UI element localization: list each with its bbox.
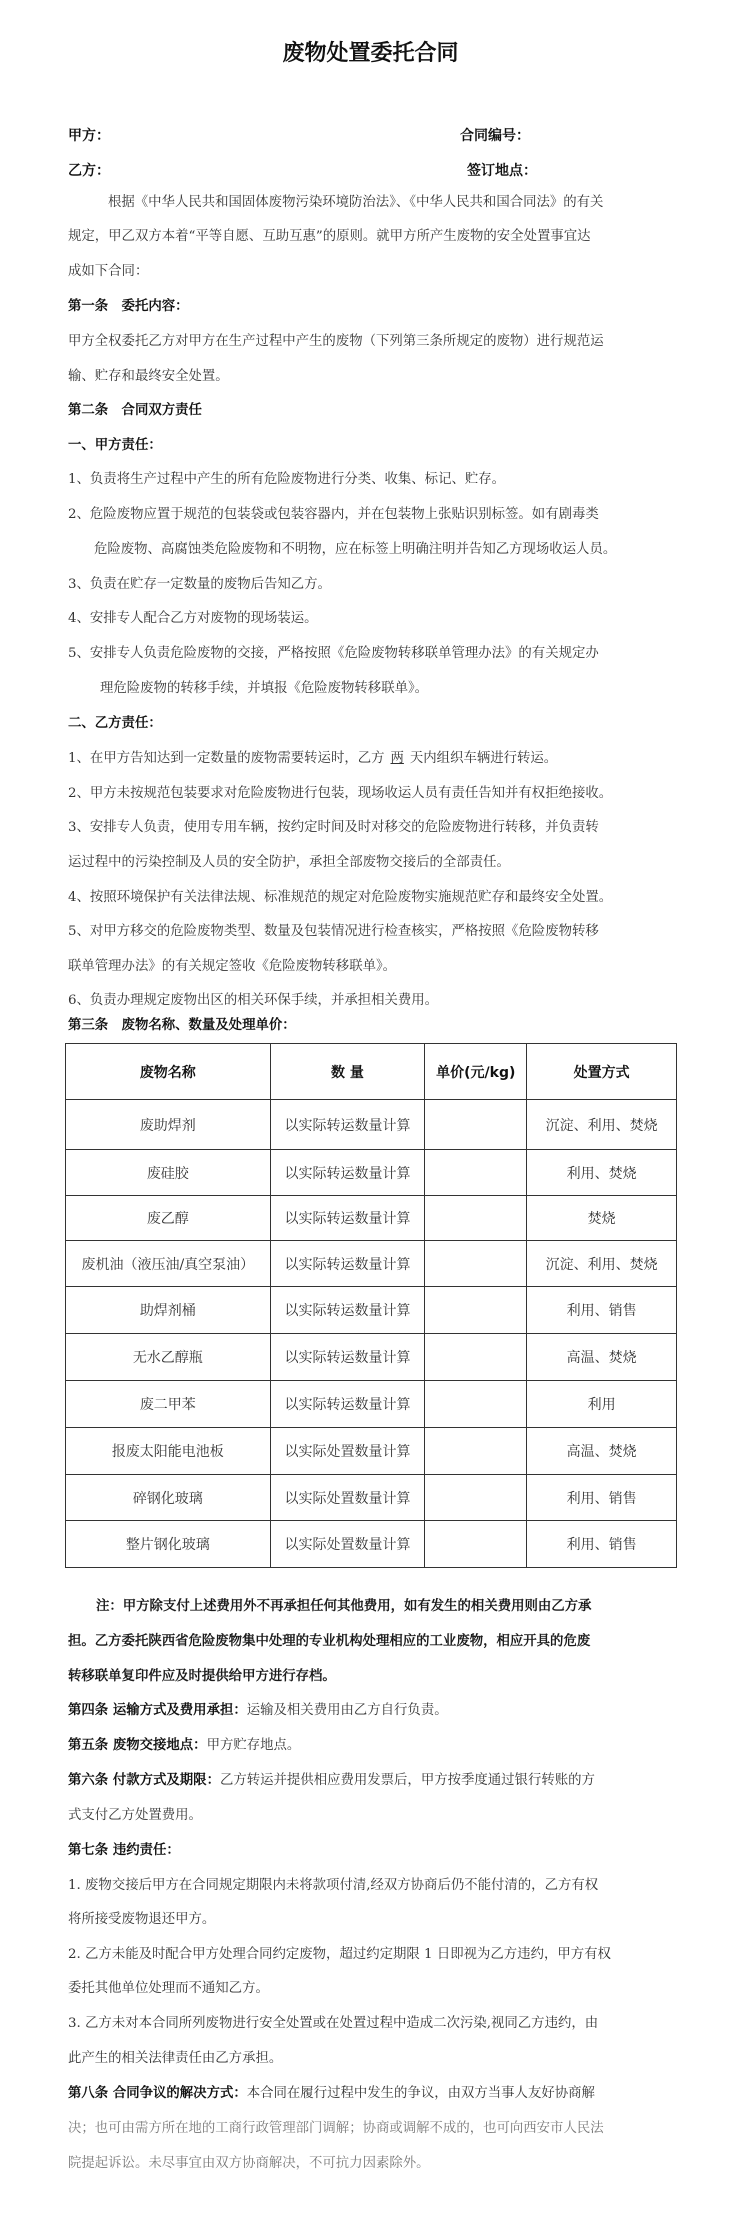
cell-unit-price bbox=[425, 1475, 527, 1521]
cell-waste-name: 报废太阳能电池板 bbox=[66, 1428, 271, 1475]
table-row: 废乙醇 以实际转运数量计算 焚烧 bbox=[66, 1196, 677, 1241]
breach-item-cont: 委托其他单位处理而不通知乙方。 bbox=[68, 1979, 678, 1999]
party-b-duty: 4、按照环境保护有关法律法规、标准规范的规定对危险废物实施规范贮存和最终安全处置… bbox=[68, 888, 678, 908]
table-row: 废硅胶 以实际转运数量计算 利用、焚烧 bbox=[66, 1150, 677, 1196]
cell-quantity: 以实际转运数量计算 bbox=[270, 1241, 425, 1287]
article-8-text: 本合同在履行过程中发生的争议，由双方当事人友好协商解 bbox=[247, 2086, 595, 2101]
cell-waste-name: 废乙醇 bbox=[66, 1196, 271, 1241]
article-4: 第四条 运输方式及费用承担：运输及相关费用由乙方自行负责。 bbox=[68, 1701, 678, 1721]
cell-unit-price bbox=[425, 1287, 527, 1334]
breach-item: 3. 乙方未对本合同所列废物进行安全处置或在处置过程中造成二次污染,视同乙方违约… bbox=[68, 2014, 678, 2034]
cell-disposal: 利用、销售 bbox=[527, 1521, 677, 1568]
table-row: 助焊剂桶 以实际转运数量计算 利用、销售 bbox=[66, 1287, 677, 1334]
fee-note: 注：甲方除支付上述费用外不再承担任何其他费用，如有发生的相关费用则由乙方承 bbox=[96, 1597, 706, 1617]
party-a-duty: 5、安排专人负责危险废物的交接，严格按照《危险废物转移联单管理办法》的有关规定办 bbox=[68, 644, 678, 664]
cell-waste-name: 碎钢化玻璃 bbox=[66, 1475, 271, 1521]
party-b-duty: 2、甲方未按规范包装要求对危险废物进行包装，现场收运人员有责任告知并有权拒绝接收… bbox=[68, 784, 678, 804]
cell-quantity: 以实际转运数量计算 bbox=[270, 1381, 425, 1428]
table-row: 碎钢化玻璃 以实际处置数量计算 利用、销售 bbox=[66, 1475, 677, 1521]
col-header-waste-name: 废物名称 bbox=[66, 1044, 271, 1100]
article-8: 第八条 合同争议的解决方式：本合同在履行过程中发生的争议，由双方当事人友好协商解 bbox=[68, 2084, 678, 2104]
cell-unit-price bbox=[425, 1241, 527, 1287]
party-b-duty: 6、负责办理规定废物出区的相关环保手续，并承担相关费用。 bbox=[68, 991, 678, 1011]
party-a-label: 甲方： bbox=[68, 125, 110, 145]
article-2-heading: 第二条 合同双方责任 bbox=[68, 401, 678, 421]
party-b-duty-cont: 运过程中的污染控制及人员的安全防护，承担全部废物交接后的全部责任。 bbox=[68, 853, 678, 873]
party-b-label: 乙方： bbox=[68, 160, 110, 180]
party-b-duty: 5、对甲方移交的危险废物类型、数量及包装情况进行检查核实，严格按照《危险废物转移 bbox=[68, 922, 678, 942]
party-a-duty: 1、负责将生产过程中产生的所有危险废物进行分类、收集、标记、贮存。 bbox=[68, 470, 678, 490]
col-header-disposal-method: 处置方式 bbox=[527, 1044, 677, 1100]
col-header-unit-price: 单价(元/kg) bbox=[425, 1044, 527, 1100]
cell-waste-name: 整片钢化玻璃 bbox=[66, 1521, 271, 1568]
article-6: 第六条 付款方式及期限：乙方转运并提供相应费用发票后，甲方按季度通过银行转账的方 bbox=[68, 1771, 678, 1791]
sign-place-label: 签订地点： bbox=[467, 160, 537, 180]
breach-item-cont: 将所接受废物退还甲方。 bbox=[68, 1910, 678, 1930]
article-8-text-cont: 决；也可由需方所在地的工商行政管理部门调解；协商或调解不成的，也可向西安市人民法 bbox=[68, 2119, 678, 2139]
cell-disposal: 高温、焚烧 bbox=[527, 1428, 677, 1475]
cell-unit-price bbox=[425, 1150, 527, 1196]
cell-quantity: 以实际转运数量计算 bbox=[270, 1196, 425, 1241]
cell-disposal: 利用 bbox=[527, 1381, 677, 1428]
cell-waste-name: 废硅胶 bbox=[66, 1150, 271, 1196]
cell-quantity: 以实际转运数量计算 bbox=[270, 1334, 425, 1381]
cell-quantity: 以实际转运数量计算 bbox=[270, 1287, 425, 1334]
preamble-line: 成如下合同： bbox=[68, 262, 678, 282]
cell-unit-price bbox=[425, 1428, 527, 1475]
party-b-duty: 3、安排专人负责，使用专用车辆，按约定时间及时对移交的危险废物进行转移，并负责转 bbox=[68, 818, 678, 838]
article-6-text-cont: 式支付乙方处置费用。 bbox=[68, 1806, 678, 1826]
party-a-duty: 4、安排专人配合乙方对废物的现场装运。 bbox=[68, 609, 678, 629]
article-4-heading: 第四条 运输方式及费用承担： bbox=[68, 1703, 247, 1718]
cell-unit-price bbox=[425, 1196, 527, 1241]
cell-disposal: 利用、焚烧 bbox=[527, 1150, 677, 1196]
article-3-heading: 第三条 废物名称、数量及处理单价： bbox=[68, 1016, 678, 1036]
col-header-quantity: 数 量 bbox=[270, 1044, 425, 1100]
party-b-duty-cont: 联单管理办法》的有关规定签收《危险废物转移联单》。 bbox=[68, 957, 678, 977]
article-5-text: 甲方贮存地点。 bbox=[207, 1738, 301, 1753]
cell-waste-name: 废二甲苯 bbox=[66, 1381, 271, 1428]
party-a-duty-cont: 危险废物、高腐蚀类危险废物和不明物，应在标签上明确注明并告知乙方现场收运人员。 bbox=[94, 540, 704, 560]
cell-disposal: 利用、销售 bbox=[527, 1287, 677, 1334]
article-6-text: 乙方转运并提供相应费用发票后，甲方按季度通过银行转账的方 bbox=[220, 1773, 595, 1788]
cell-waste-name: 无水乙醇瓶 bbox=[66, 1334, 271, 1381]
article-6-heading: 第六条 付款方式及期限： bbox=[68, 1773, 220, 1788]
cell-unit-price bbox=[425, 1381, 527, 1428]
cell-quantity: 以实际转运数量计算 bbox=[270, 1100, 425, 1150]
cell-unit-price bbox=[425, 1521, 527, 1568]
party-a-duty-cont: 理危险废物的转移手续，并填报《危险废物转移联单》。 bbox=[100, 679, 710, 699]
breach-item-cont: 此产生的相关法律责任由乙方承担。 bbox=[68, 2049, 678, 2069]
party-b-duty-1-pre: 1、在甲方告知达到一定数量的废物需要转运时，乙方 bbox=[68, 751, 385, 766]
fee-note: 转移联单复印件应及时提供给甲方进行存档。 bbox=[68, 1667, 678, 1687]
breach-item: 1. 废物交接后甲方在合同规定期限内未将款项付清,经双方协商后仍不能付清的，乙方… bbox=[68, 1876, 678, 1896]
contract-number-label: 合同编号： bbox=[460, 125, 530, 145]
table-row: 废助焊剂 以实际转运数量计算 沉淀、利用、焚烧 bbox=[66, 1100, 677, 1150]
waste-table: 废物名称 数 量 单价(元/kg) 处置方式 废助焊剂 以实际转运数量计算 沉淀… bbox=[65, 1043, 677, 1568]
cell-disposal: 焚烧 bbox=[527, 1196, 677, 1241]
article-8-text-cont: 院提起诉讼。未尽事宜由双方协商解决，不可抗力因素除外。 bbox=[68, 2154, 678, 2174]
transport-days-field: 两 bbox=[385, 751, 410, 766]
article-5-heading: 第五条 废物交接地点： bbox=[68, 1738, 207, 1753]
cell-quantity: 以实际处置数量计算 bbox=[270, 1428, 425, 1475]
party-a-duty: 3、负责在贮存一定数量的废物后告知乙方。 bbox=[68, 575, 678, 595]
cell-quantity: 以实际处置数量计算 bbox=[270, 1475, 425, 1521]
article-1-text: 输、贮存和最终安全处置。 bbox=[68, 367, 678, 387]
article-1-text: 甲方全权委托乙方对甲方在生产过程中产生的废物（下列第三条所规定的废物）进行规范运 bbox=[68, 332, 678, 352]
preamble-line: 规定，甲乙双方本着“平等自愿、互助互惠”的原则。就甲方所产生废物的安全处置事宜达 bbox=[68, 227, 678, 247]
cell-quantity: 以实际处置数量计算 bbox=[270, 1521, 425, 1568]
party-a-duties-heading: 一、甲方责任： bbox=[68, 436, 678, 456]
cell-disposal: 高温、焚烧 bbox=[527, 1334, 677, 1381]
fee-note: 担。乙方委托陕西省危险废物集中处理的专业机构处理相应的工业废物，相应开具的危废 bbox=[68, 1632, 678, 1652]
party-b-duty: 1、在甲方告知达到一定数量的废物需要转运时，乙方两天内组织车辆进行转运。 bbox=[68, 749, 678, 769]
cell-waste-name: 助焊剂桶 bbox=[66, 1287, 271, 1334]
cell-unit-price bbox=[425, 1334, 527, 1381]
article-4-text: 运输及相关费用由乙方自行负责。 bbox=[247, 1703, 448, 1718]
party-a-duty: 2、危险废物应置于规范的包装袋或包装容器内，并在包装物上张贴识别标签。如有剧毒类 bbox=[68, 505, 678, 525]
cell-quantity: 以实际转运数量计算 bbox=[270, 1150, 425, 1196]
breach-item: 2. 乙方未能及时配合甲方处理合同约定废物，超过约定期限 1 日即视为乙方违约，… bbox=[68, 1945, 678, 1965]
cell-waste-name: 废机油（液压油/真空泵油） bbox=[66, 1241, 271, 1287]
table-row: 报废太阳能电池板 以实际处置数量计算 高温、焚烧 bbox=[66, 1428, 677, 1475]
article-1-heading: 第一条 委托内容： bbox=[68, 297, 678, 317]
party-b-duties-heading: 二、乙方责任： bbox=[68, 714, 678, 734]
party-b-duty-1-post: 天内组织车辆进行转运。 bbox=[410, 751, 557, 766]
preamble-line: 根据《中华人民共和国固体废物污染环境防治法》、《中华人民共和国合同法》的有关 bbox=[108, 193, 718, 213]
article-8-heading: 第八条 合同争议的解决方式： bbox=[68, 2086, 247, 2101]
cell-waste-name: 废助焊剂 bbox=[66, 1100, 271, 1150]
document-title: 废物处置委托合同 bbox=[0, 36, 741, 67]
cell-disposal: 沉淀、利用、焚烧 bbox=[527, 1241, 677, 1287]
cell-disposal: 利用、销售 bbox=[527, 1475, 677, 1521]
table-row: 整片钢化玻璃 以实际处置数量计算 利用、销售 bbox=[66, 1521, 677, 1568]
table-row: 废二甲苯 以实际转运数量计算 利用 bbox=[66, 1381, 677, 1428]
cell-disposal: 沉淀、利用、焚烧 bbox=[527, 1100, 677, 1150]
table-row: 无水乙醇瓶 以实际转运数量计算 高温、焚烧 bbox=[66, 1334, 677, 1381]
table-header-row: 废物名称 数 量 单价(元/kg) 处置方式 bbox=[66, 1044, 677, 1100]
article-5: 第五条 废物交接地点：甲方贮存地点。 bbox=[68, 1736, 678, 1756]
article-7-heading: 第七条 违约责任： bbox=[68, 1841, 678, 1861]
cell-unit-price bbox=[425, 1100, 527, 1150]
table-row: 废机油（液压油/真空泵油） 以实际转运数量计算 沉淀、利用、焚烧 bbox=[66, 1241, 677, 1287]
